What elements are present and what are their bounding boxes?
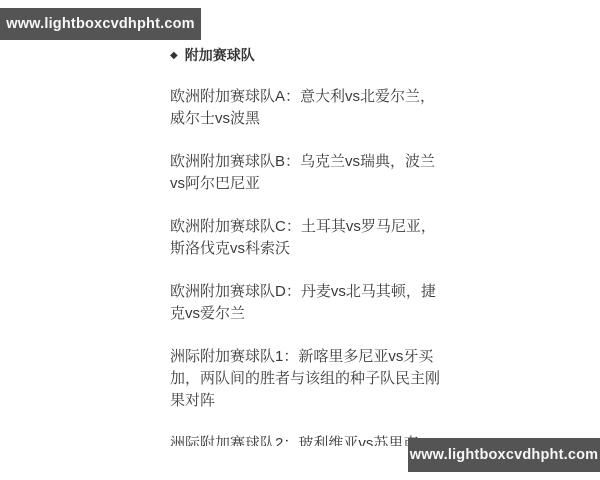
watermark-url-text: www.lightboxcvdhpht.com	[410, 447, 599, 463]
article-page: { "page": { "background": "#ffffff", "te…	[0, 0, 600, 480]
section-heading: ◆ 附加赛球队	[170, 0, 442, 65]
paragraph-europe-playoff-b: 欧洲附加赛球队B：乌克兰vs瑞典，波兰 vs阿尔巴尼亚	[170, 151, 442, 195]
section-heading-label: 附加赛球队	[185, 45, 255, 65]
watermark-bottom: www.lightboxcvdhpht.com	[408, 438, 600, 472]
paragraph-europe-playoff-c: 欧洲附加赛球队C：土耳其vs罗马尼亚， 斯洛伐克vs科索沃	[170, 216, 442, 260]
paragraph-europe-playoff-a: 欧洲附加赛球队A：意大利vs北爱尔兰， 威尔士vs波黑	[170, 86, 442, 130]
article-content: ◆ 附加赛球队 欧洲附加赛球队A：意大利vs北爱尔兰， 威尔士vs波黑 欧洲附加…	[170, 0, 442, 446]
paragraph-europe-playoff-d: 欧洲附加赛球队D：丹麦vs北马其顿，捷 克vs爱尔兰	[170, 281, 442, 325]
watermark-top: www.lightboxcvdhpht.com	[0, 8, 201, 40]
paragraph-intercontinental-playoff-2: 洲际附加赛球队2：玻利维亚vs苏里南	[170, 433, 442, 446]
watermark-url-text: www.lightboxcvdhpht.com	[6, 16, 195, 32]
paragraph-intercontinental-playoff-1: 洲际附加赛球队1：新喀里多尼亚vs牙买 加，两队间的胜者与该组的种子队民主刚 果…	[170, 346, 442, 412]
diamond-bullet-icon: ◆	[170, 46, 178, 66]
